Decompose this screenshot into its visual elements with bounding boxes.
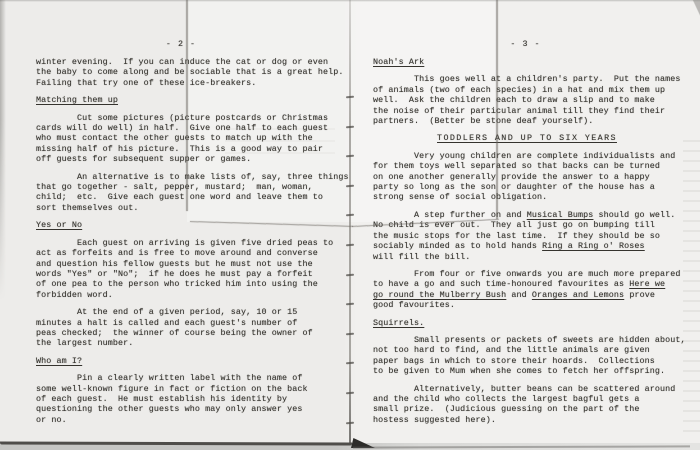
text-segment: partners. (Better be stone deaf yourself… bbox=[373, 116, 593, 126]
text-segment: of animals (two of each species) in a ha… bbox=[373, 85, 665, 95]
text-line: Cut some pictures (picture postcards or … bbox=[36, 113, 342, 123]
text-segment: some well-known figure in fact or fictio… bbox=[36, 384, 308, 394]
binding-stitch-mark bbox=[346, 421, 354, 424]
page-edge-bottom-left bbox=[0, 441, 352, 444]
text-line: questioning the other guests who may onl… bbox=[36, 404, 342, 414]
text-line: missing half of his picture. This is a g… bbox=[36, 144, 342, 154]
text-segment: the baby to come along and be sociable t… bbox=[36, 67, 344, 77]
text-segment: of each guest. He must establish his ide… bbox=[36, 394, 287, 404]
text-segment: Pin a clearly written label with the nam… bbox=[36, 373, 303, 383]
text-segment: cards will do well) in half. Give one ha… bbox=[36, 123, 328, 133]
text-line: and the child who collects the largest b… bbox=[373, 394, 681, 404]
text-segment: the noise of their particular animal til… bbox=[373, 106, 665, 116]
page-edge-top bbox=[0, 0, 700, 2]
text-segment: or no. bbox=[36, 415, 67, 425]
text-line: Very young children are complete individ… bbox=[373, 151, 681, 161]
text-line: of each guest. He must establish his ide… bbox=[36, 394, 342, 404]
text-line: strong sense of social obligation. bbox=[373, 192, 681, 202]
text-line: winter evening. If you can induce the ca… bbox=[36, 57, 342, 67]
text-segment: Alternatively, butter beans can be scatt… bbox=[373, 384, 675, 394]
text-segment: of one pea to the person who tricked him… bbox=[36, 279, 318, 289]
text-segment: act as forfeits and is free to move arou… bbox=[36, 248, 318, 258]
text-segment: words "Yes" or "No"; if he does he must … bbox=[36, 269, 313, 279]
text-segment: to be given to Mum when she comes to fet… bbox=[373, 366, 665, 376]
text-segment: will fill the bill. bbox=[373, 252, 470, 262]
paragraph: Cut some pictures (picture postcards or … bbox=[36, 113, 342, 165]
paragraph: From four or five onwards you are much m… bbox=[373, 269, 681, 311]
text-line: off guests for subsequent supper or game… bbox=[36, 154, 342, 164]
text-segment: and bbox=[506, 290, 532, 300]
text-line: paper bags in which to store their hoard… bbox=[373, 356, 681, 366]
text-segment: prove bbox=[624, 290, 655, 300]
text-line: Failing that try one of these ice-breake… bbox=[36, 78, 342, 88]
text-segment: forbidden word. bbox=[36, 290, 113, 300]
text-line: minutes a halt is called and each guest'… bbox=[36, 318, 342, 328]
text-segment: good favourites. bbox=[373, 300, 455, 310]
text-line: Alternatively, butter beans can be scatt… bbox=[373, 384, 681, 394]
text-segment: for them toys well separated so that bac… bbox=[373, 161, 660, 171]
paragraph: A step further on and Musical Bumps shou… bbox=[373, 210, 681, 262]
text-line: the music stops for the last time. If th… bbox=[373, 231, 681, 241]
text-segment: who must contact the other guests to mat… bbox=[36, 133, 313, 143]
text-line: of one pea to the person who tricked him… bbox=[36, 279, 342, 289]
text-segment: not too hard to find, and the little ani… bbox=[373, 345, 650, 355]
text-line: that go together - salt, pepper, mustard… bbox=[36, 182, 342, 192]
page-left-text: winter evening. If you can induce the ca… bbox=[36, 57, 342, 425]
page-bleed-through bbox=[683, 140, 700, 438]
underlined-text: Matching them up bbox=[36, 95, 118, 105]
text-line: Pin a clearly written label with the nam… bbox=[36, 373, 342, 383]
binding-stitch-mark bbox=[346, 125, 354, 128]
section-heading: Noah's Ark bbox=[373, 57, 681, 67]
binding-stitch-mark bbox=[346, 244, 354, 247]
text-segment: A step further on and bbox=[373, 210, 527, 220]
text-line: who must contact the other guests to mat… bbox=[36, 133, 342, 143]
text-line: act as forfeits and is free to move arou… bbox=[36, 248, 342, 258]
page-number-right: - 3 - bbox=[373, 39, 678, 49]
text-segment: questioning the other guests who may onl… bbox=[36, 404, 303, 414]
underlined-text: TODDLERS AND UP TO SIX YEARS bbox=[437, 133, 617, 143]
text-line: child; etc. Give each guest one word and… bbox=[36, 192, 342, 202]
binding-stitch-mark bbox=[346, 392, 354, 395]
text-line: some well-known figure in fact or fictio… bbox=[36, 384, 342, 394]
text-segment: should go well. bbox=[593, 210, 675, 220]
binding-stitch-mark bbox=[346, 333, 354, 336]
text-line: Who am I? bbox=[36, 356, 342, 366]
paragraph: An alternative is to make lists of, say,… bbox=[36, 172, 342, 214]
text-line: Matching them up bbox=[36, 95, 342, 105]
underlined-text: go round the Mulberry Bush bbox=[373, 290, 506, 300]
paragraph: Each guest on arriving is given five dri… bbox=[36, 238, 342, 300]
text-segment: No child is ever out. They all just go o… bbox=[373, 220, 655, 230]
text-line: Squirrels. bbox=[373, 318, 681, 328]
text-segment: sociably minded as to hold hands bbox=[373, 241, 542, 251]
text-line: to be given to Mum when she comes to fet… bbox=[373, 366, 681, 376]
text-segment: Cut some pictures (picture postcards or … bbox=[36, 113, 328, 123]
text-line: peas checked; the winner of course being… bbox=[36, 328, 342, 338]
page-number-left: - 2 - bbox=[36, 39, 326, 49]
section-heading: Squirrels. bbox=[373, 318, 681, 328]
text-segment: Each guest on arriving is given five dri… bbox=[36, 238, 333, 248]
center-heading: TODDLERS AND UP TO SIX YEARS bbox=[373, 133, 681, 143]
underlined-text: Who am I? bbox=[36, 356, 82, 366]
text-segment: the music stops for the last time. If th… bbox=[373, 231, 660, 241]
text-segment: off guests for subsequent supper or game… bbox=[36, 154, 251, 164]
text-line: the largest number. bbox=[36, 338, 342, 348]
underlined-text: Here we bbox=[629, 279, 665, 289]
text-line: No child is ever out. They all just go o… bbox=[373, 220, 681, 230]
page-right-text: Noah's Ark This goes well at a children'… bbox=[373, 57, 681, 425]
text-segment: small prize. (Judicious guessing on the … bbox=[373, 404, 640, 414]
binding-crease bbox=[349, 0, 351, 444]
text-line: hostess suggested here). bbox=[373, 415, 681, 425]
text-line: Each guest on arriving is given five dri… bbox=[36, 238, 342, 248]
text-line: sort themselves out. bbox=[36, 203, 342, 213]
text-line: not too hard to find, and the little ani… bbox=[373, 345, 681, 355]
text-line: sociably minded as to hold hands Ring a … bbox=[373, 241, 681, 251]
underlined-text: Yes or No bbox=[36, 220, 82, 230]
text-segment: and question his fellow guests but he mu… bbox=[36, 259, 313, 269]
text-line: cards will do well) in half. Give one ha… bbox=[36, 123, 342, 133]
text-line: From four or five onwards you are much m… bbox=[373, 269, 681, 279]
text-line: At the end of a given period, say, 10 or… bbox=[36, 307, 342, 317]
text-line: will fill the bill. bbox=[373, 252, 681, 262]
section-heading: Yes or No bbox=[36, 220, 342, 230]
binding-stitch-mark bbox=[346, 185, 354, 188]
text-line: on one another generally provide the ans… bbox=[373, 172, 681, 182]
text-segment: An alternative is to make lists of, say,… bbox=[36, 172, 349, 182]
text-segment: From four or five onwards you are much m… bbox=[373, 269, 681, 279]
book-spread: - 2 - - 3 - winter evening. If you can i… bbox=[0, 0, 700, 450]
text-segment: minutes a halt is called and each guest'… bbox=[36, 318, 297, 328]
text-segment: Failing that try one of these ice-breake… bbox=[36, 78, 256, 88]
text-segment: paper bags in which to store their hoard… bbox=[373, 356, 655, 366]
paragraph: Alternatively, butter beans can be scatt… bbox=[373, 384, 681, 426]
page-corner-top-right bbox=[676, 0, 700, 40]
text-line: the noise of their particular animal til… bbox=[373, 106, 681, 116]
text-segment: At the end of a given period, say, 10 or… bbox=[36, 307, 297, 317]
underlined-text: Musical Bumps bbox=[527, 210, 594, 220]
text-segment: to have a go and such time-honoured favo… bbox=[373, 279, 629, 289]
underlined-text: Oranges and Lemons bbox=[532, 290, 624, 300]
paragraph: winter evening. If you can induce the ca… bbox=[36, 57, 342, 88]
text-line: or no. bbox=[36, 415, 342, 425]
section-heading: Who am I? bbox=[36, 356, 342, 366]
text-segment: that go together - salt, pepper, mustard… bbox=[36, 182, 313, 192]
text-segment: party so long as the son or daughter of … bbox=[373, 182, 655, 192]
text-line: Yes or No bbox=[36, 220, 342, 230]
text-segment: Very young children are complete individ… bbox=[373, 151, 675, 161]
underlined-text: Noah's Ark bbox=[373, 57, 424, 67]
text-line: well. Ask the children each to draw a sl… bbox=[373, 95, 681, 105]
binding-stitch-mark bbox=[346, 273, 354, 276]
underlined-text: Ring a Ring o' Roses bbox=[542, 241, 645, 251]
paragraph: Small presents or packets of sweets are … bbox=[373, 335, 681, 377]
text-line: go round the Mulberry Bush and Oranges a… bbox=[373, 290, 681, 300]
text-line: An alternative is to make lists of, say,… bbox=[36, 172, 342, 182]
underlined-text: Squirrels. bbox=[373, 318, 424, 328]
text-segment: hostess suggested here). bbox=[373, 415, 496, 425]
paragraph: At the end of a given period, say, 10 or… bbox=[36, 307, 342, 349]
text-segment: child; etc. Give each guest one word and… bbox=[36, 192, 323, 202]
text-segment: winter evening. If you can induce the ca… bbox=[36, 57, 328, 67]
text-line: the baby to come along and be sociable t… bbox=[36, 67, 342, 77]
text-line: Small presents or packets of sweets are … bbox=[373, 335, 681, 345]
paragraph: Pin a clearly written label with the nam… bbox=[36, 373, 342, 425]
page-edge-left bbox=[0, 0, 7, 300]
text-segment: peas checked; the winner of course being… bbox=[36, 328, 313, 338]
text-line: This goes well at a children's party. Pu… bbox=[373, 74, 681, 84]
text-line: to have a go and such time-honoured favo… bbox=[373, 279, 681, 289]
text-segment: This goes well at a children's party. Pu… bbox=[373, 74, 681, 84]
text-line: words "Yes" or "No"; if he does he must … bbox=[36, 269, 342, 279]
text-line: Noah's Ark bbox=[373, 57, 681, 67]
paragraph: This goes well at a children's party. Pu… bbox=[373, 74, 681, 126]
section-heading: Matching them up bbox=[36, 95, 342, 105]
paragraph: Very young children are complete individ… bbox=[373, 151, 681, 203]
text-line: small prize. (Judicious guessing on the … bbox=[373, 404, 681, 414]
text-line: party so long as the son or daughter of … bbox=[373, 182, 681, 192]
text-line: and question his fellow guests but he mu… bbox=[36, 259, 342, 269]
text-line: for them toys well separated so that bac… bbox=[373, 161, 681, 171]
text-line: partners. (Better be stone deaf yourself… bbox=[373, 116, 681, 126]
text-line: TODDLERS AND UP TO SIX YEARS bbox=[373, 133, 681, 143]
text-segment: Small presents or packets of sweets are … bbox=[373, 335, 686, 345]
text-line: A step further on and Musical Bumps shou… bbox=[373, 210, 681, 220]
text-line: good favourites. bbox=[373, 300, 681, 310]
text-segment: well. Ask the children each to draw a sl… bbox=[373, 95, 655, 105]
text-segment: strong sense of social obligation. bbox=[373, 192, 547, 202]
text-segment: on one another generally provide the ans… bbox=[373, 172, 650, 182]
text-segment: missing half of his picture. This is a g… bbox=[36, 144, 323, 154]
text-line: forbidden word. bbox=[36, 290, 342, 300]
text-segment: sort themselves out. bbox=[36, 203, 139, 213]
text-line: of animals (two of each species) in a ha… bbox=[373, 85, 681, 95]
text-segment: and the child who collects the largest b… bbox=[373, 394, 640, 404]
text-segment: the largest number. bbox=[36, 338, 133, 348]
